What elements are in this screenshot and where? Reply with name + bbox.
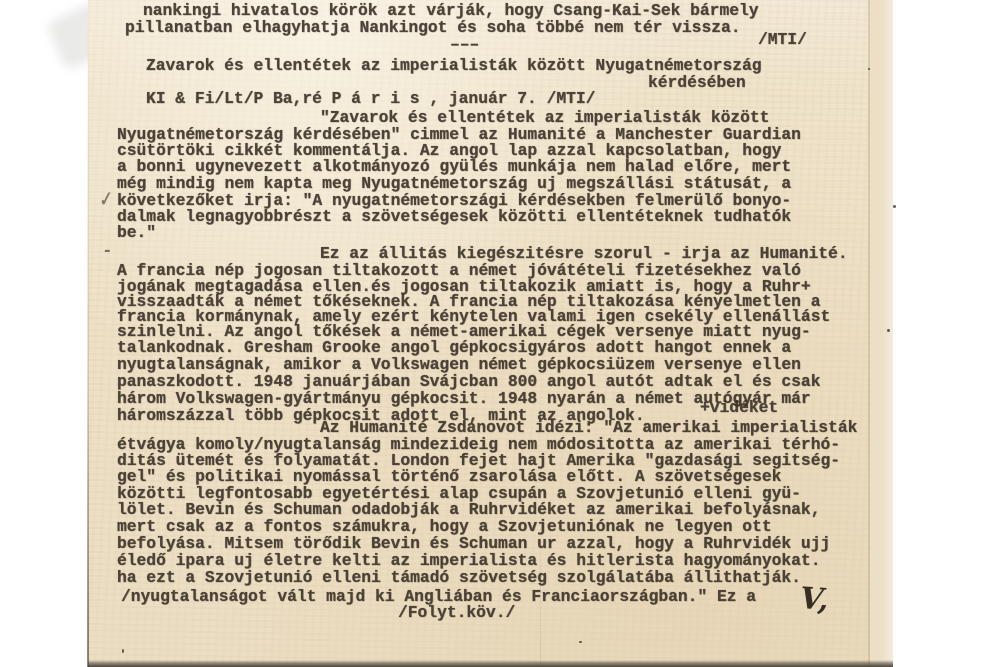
handwritten-mark: -: [104, 240, 111, 259]
ink-speck: [887, 329, 890, 332]
scanned-document-view: nankingi hivatalos körök azt várják, hog…: [0, 0, 1000, 667]
ink-speck: [579, 641, 582, 643]
ink-speck: [893, 205, 896, 208]
ink-speck: [122, 649, 124, 653]
handwritten-mark: V,: [799, 581, 830, 618]
handwritten-annotations-layer: ✓-V,: [0, 0, 1000, 667]
scan-bottom-edge: [88, 660, 893, 667]
ink-speck: [868, 68, 870, 70]
handwritten-mark: ✓: [95, 188, 115, 211]
